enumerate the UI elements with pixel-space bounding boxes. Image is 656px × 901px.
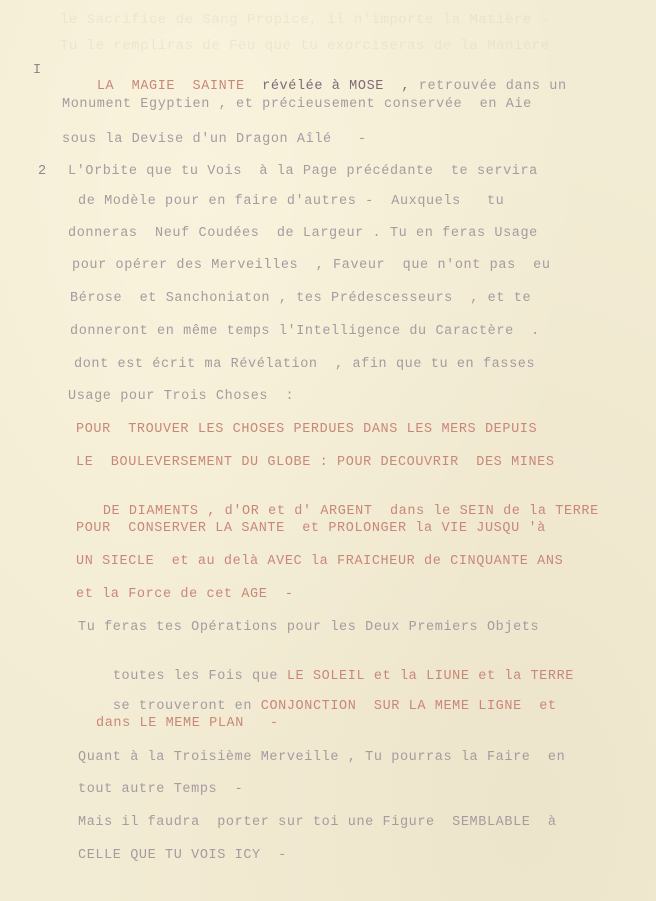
text-line: tout autre Temps - — [78, 782, 243, 798]
text-line: LE BOULEVERSEMENT DU GLOBE : POUR DECOUV… — [76, 455, 555, 471]
text-line: CELLE QUE TU VOIS ICY - — [78, 848, 287, 864]
bleed-through-line: Tu le rempliras de Feu que tu exorcisera… — [60, 38, 550, 54]
text-line: Quant à la Troisième Merveille , Tu pour… — [78, 750, 565, 766]
text-line: UN SIECLE et au delà AVEC la FRAICHEUR d… — [76, 554, 563, 570]
text-line: Bérose et Sanchoniaton , tes Prédescesse… — [70, 291, 531, 307]
text-line: Tu feras tes Opérations pour les Deux Pr… — [78, 620, 539, 636]
text-line: et la Force de cet AGE - — [76, 587, 294, 603]
text-line: L'Orbite que tu Vois à la Page précédant… — [68, 164, 538, 180]
section-number: I — [33, 63, 41, 78]
text-line: POUR TROUVER LES CHOSES PERDUES DANS LES… — [76, 422, 537, 438]
text-run: révélée à MOSE , — [245, 79, 419, 94]
text-line: dont est écrit ma Révélation , afin que … — [74, 357, 535, 373]
text-line: pour opérer des Merveilles , Faveur que … — [72, 258, 551, 274]
text-line: donneras Neuf Coudées de Largeur . Tu en… — [68, 226, 538, 242]
text-run: d'OR et d' ARGENT dans le SEIN de la TER… — [225, 504, 599, 519]
text-line: Mais il faudra porter sur toi une Figure… — [78, 815, 557, 831]
typewritten-page: le Sacrifice de Sang Propice, il n'impor… — [0, 0, 656, 901]
bleed-through-line: le Sacrifice de Sang Propice, il n'impor… — [60, 12, 550, 28]
text-line: Monument Egyptien , et précieusement con… — [62, 97, 532, 113]
heading-magie-sainte: LA MAGIE SAINTE — [97, 79, 245, 94]
text-run: DE DIAMENTS , — [103, 504, 225, 519]
section-number: 2 — [38, 164, 46, 179]
text-line: Usage pour Trois Choses : — [68, 389, 294, 405]
text-run: retrouvée dans un — [419, 79, 567, 94]
text-line: POUR CONSERVER LA SANTE et PROLONGER la … — [76, 521, 546, 537]
text-run: LE SOLEIL et la LIUNE et la TERRE — [287, 669, 574, 684]
text-run: CONJONCTION SUR LA MEME LIGNE et — [261, 699, 557, 714]
text-run: toutes les Fois que — [113, 669, 287, 684]
text-line: donneront en même temps l'Intelligence d… — [70, 324, 540, 340]
text-line: dans LE MEME PLAN - — [96, 716, 279, 732]
text-line: sous la Devise d'un Dragon Aîlé - — [62, 132, 367, 148]
text-run: se trouveront en — [113, 699, 261, 714]
text-line: de Modèle pour en faire d'autres - Auxqu… — [78, 194, 504, 210]
